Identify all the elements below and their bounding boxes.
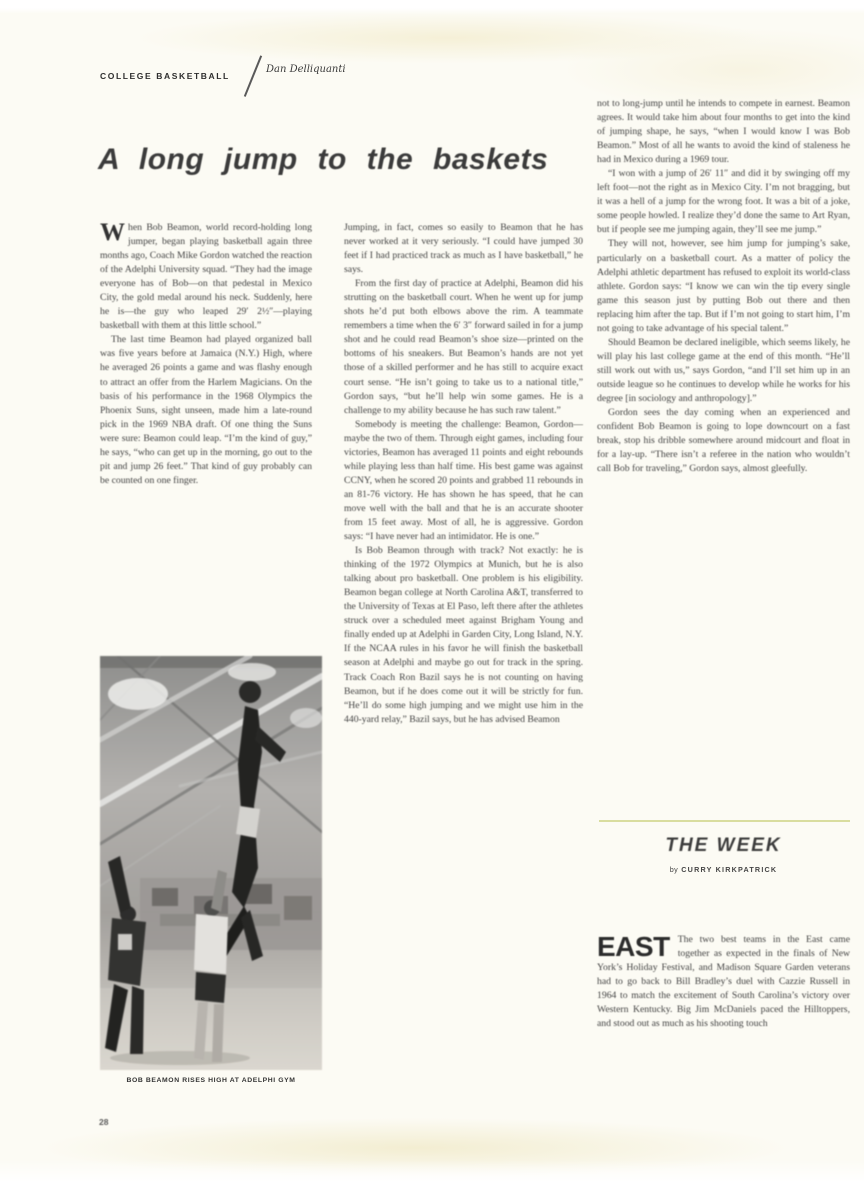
- paragraph: The last time Beamon had played organize…: [100, 333, 312, 488]
- paragraph: Is Bob Beamon through with track? Not ex…: [344, 544, 583, 727]
- basketball-photo: [100, 656, 322, 1070]
- east-label: EAST: [597, 933, 678, 959]
- paragraph: Somebody is meeting the challenge: Beamo…: [344, 418, 583, 544]
- paragraph: From the first day of practice at Adelph…: [344, 277, 583, 417]
- article-title: A long jump to the baskets: [98, 143, 598, 177]
- the-week-byline: by CURRY KIRKPATRICK: [597, 865, 850, 874]
- section-divider-rule: [599, 820, 850, 822]
- byline-by: by: [670, 865, 678, 874]
- kicker-slash-divider: [244, 55, 262, 96]
- drop-cap: W: [100, 221, 128, 244]
- paragraph: Jumping, in fact, comes so easily to Bea…: [344, 221, 583, 277]
- magazine-page: COLLEGE BASKETBALL Dan Delliquanti A lon…: [0, 0, 864, 1200]
- page-number: 28: [99, 1117, 108, 1127]
- kicker-row: COLLEGE BASKETBALL Dan Delliquanti: [100, 66, 500, 102]
- paragraph: not to long-jump until he intends to com…: [597, 97, 850, 167]
- paragraph: “I won with a jump of 26′ 11″ and did it…: [597, 167, 850, 237]
- paragraph: They will not, however, see him jump for…: [597, 237, 850, 335]
- photo-caption: BOB BEAMON RISES HIGH AT ADELPHI GYM: [100, 1077, 322, 1084]
- article-column-3: not to long-jump until he intends to com…: [597, 97, 850, 803]
- kicker-author: Dan Delliquanti: [266, 64, 346, 75]
- kicker-label: COLLEGE BASKETBALL: [100, 71, 230, 81]
- basketball-photo-figure: BOB BEAMON RISES HIGH AT ADELPHI GYM: [100, 656, 322, 1084]
- paragraph: EASTThe two best teams in the East came …: [597, 933, 850, 1031]
- paragraph: Should Beamon be declared ineligible, wh…: [597, 336, 850, 406]
- paragraph: When Bob Beamon, world record-holding lo…: [100, 221, 312, 333]
- article-column-1: When Bob Beamon, world record-holding lo…: [100, 221, 312, 645]
- east-section: EASTThe two best teams in the East came …: [597, 933, 850, 1093]
- paragraph-text: hen Bob Beamon, world record-holding lon…: [100, 222, 312, 331]
- paragraph: Gordon sees the day coming when an exper…: [597, 406, 850, 476]
- the-week-title: THE WEEK: [597, 835, 850, 857]
- article-column-2: Jumping, in fact, comes so easily to Bea…: [344, 221, 583, 1097]
- byline-author: CURRY KIRKPATRICK: [681, 865, 777, 874]
